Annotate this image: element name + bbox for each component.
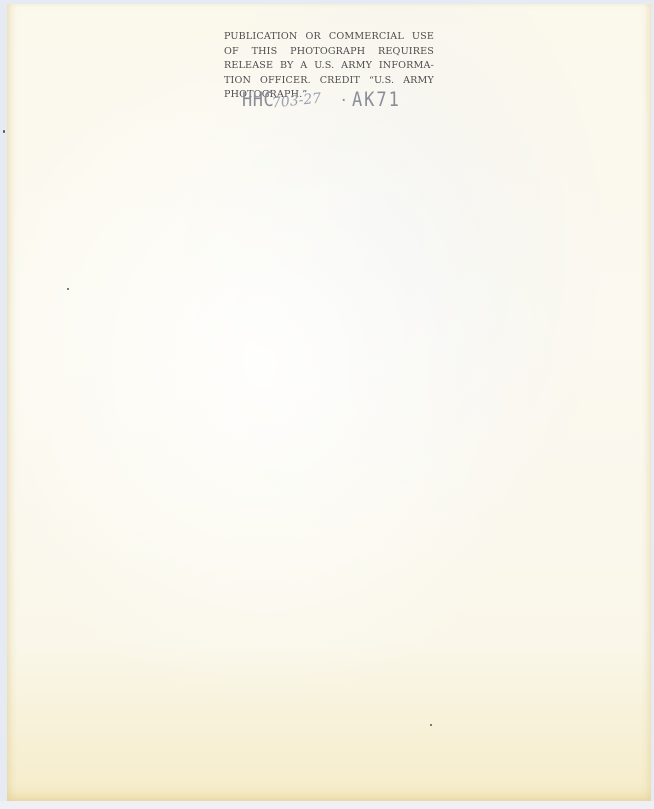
paper-speck: [3, 130, 5, 133]
paper-speck: [67, 288, 69, 290]
photo-back-paper: PUBLICATION OR COMMERCIAL USE OF THIS PH…: [7, 4, 651, 801]
scan-background-edge: [0, 801, 654, 809]
stamp-line: TION OFFICER. CREDIT “U.S. ARMY: [224, 74, 434, 89]
accession-id: AK71: [352, 89, 401, 112]
stamp-line: PUBLICATION OR COMMERCIAL USE: [224, 30, 434, 45]
handwritten-number: 703-27: [272, 90, 323, 111]
accession-number: HHC703-27·AK71: [242, 90, 401, 110]
stamp-line: RELEASE BY A U.S. ARMY INFORMA-: [224, 59, 434, 74]
stamp-line: OF THIS PHOTOGRAPH REQUIRES: [224, 45, 434, 60]
accession-code: HHC: [242, 89, 274, 112]
paper-speck: [430, 724, 432, 726]
accession-separator: ·: [340, 93, 348, 109]
